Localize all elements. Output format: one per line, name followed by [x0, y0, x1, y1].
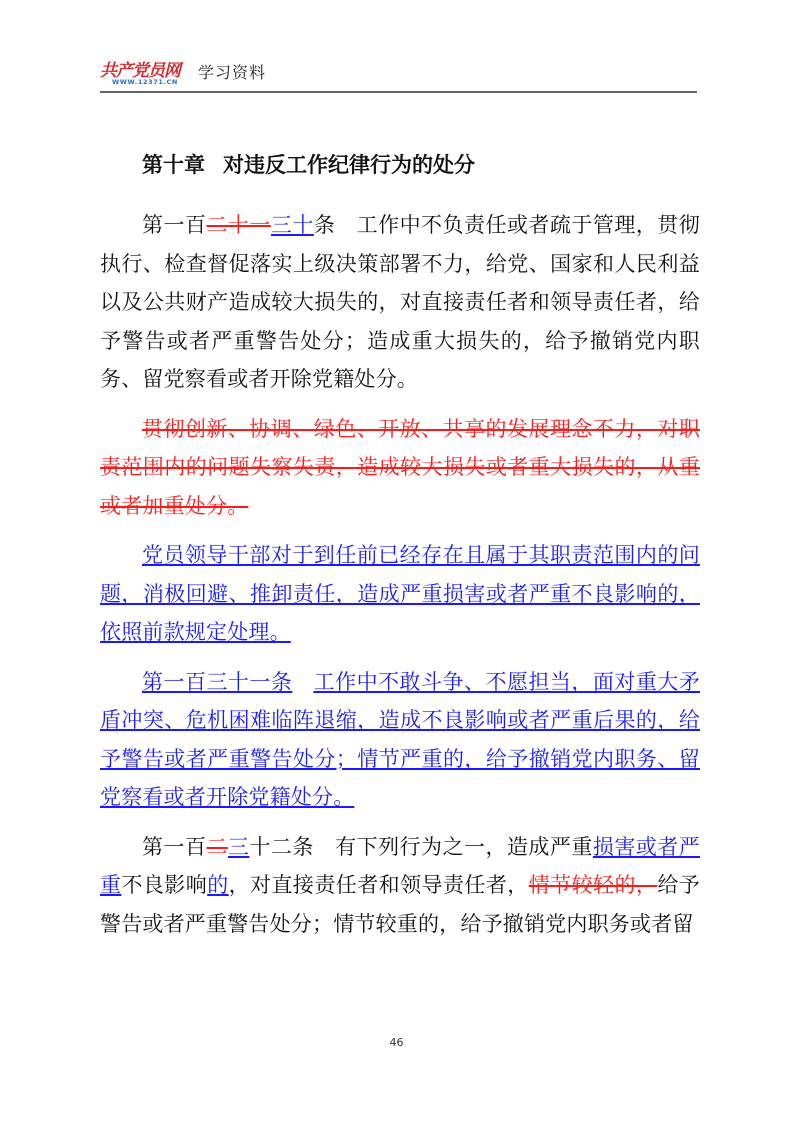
deleted-text: 二: [206, 835, 227, 859]
site-logo: 共产党员网 WWW.12371.CN: [100, 56, 194, 90]
chapter-heading: 第十章对违反工作纪律行为的处分: [100, 150, 700, 180]
inserted-article-label: 第一百三十一条: [142, 670, 292, 694]
body-text: 不良影响: [121, 873, 207, 897]
article-suffix: 十二条: [249, 835, 313, 859]
deleted-text: 二十一: [206, 213, 270, 237]
article-130-paragraph: 第一百二十一三十条工作中不负责任或者疏于管理，贯彻执行、检查督促落实上级决策部署…: [100, 206, 700, 399]
document-body: 第十章对违反工作纪律行为的处分 第一百二十一三十条工作中不负责任或者疏于管理，贯…: [100, 150, 700, 954]
article-prefix: 第一百: [142, 213, 206, 237]
chapter-title: 对违反工作纪律行为的处分: [223, 153, 475, 177]
article-prefix: 第一百: [142, 835, 206, 859]
page-number: 46: [0, 1036, 793, 1049]
deleted-paragraph: 贯彻创新、协调、绿色、开放、共享的发展理念不力，对职责范围内的问题失察失责，造成…: [100, 410, 700, 526]
header-divider: [100, 91, 697, 93]
article-131-paragraph: 第一百三十一条 工作中不敢斗争、不愿担当，面对重大矛盾冲突、危机困难临阵退缩，造…: [100, 663, 700, 817]
logo-url: WWW.12371.CN: [112, 78, 178, 86]
inserted-text: 三十: [271, 213, 314, 237]
article-132-paragraph: 第一百二三十二条有下列行为之一，造成严重损害或者严重不良影响的，对直接责任者和领…: [100, 828, 700, 944]
page-header: 共产党员网 WWW.12371.CN 学习资料: [100, 56, 697, 92]
article-body: 工作中不负责任或者疏于管理，贯彻执行、检查督促落实上级决策部署不力，给党、国家和…: [100, 213, 700, 391]
body-text: 有下列行为之一，造成严重: [335, 835, 593, 859]
chapter-number: 第十章: [142, 153, 205, 177]
deleted-text: 贯彻创新、协调、绿色、开放、共享的发展理念不力，对职责范围内的问题失察失责，造成…: [100, 417, 700, 518]
deleted-text: 情节较轻的，: [529, 873, 658, 897]
body-text: ，对直接责任者和领导责任者，: [229, 873, 529, 897]
header-title: 学习资料: [198, 60, 266, 83]
inserted-text: 的: [207, 873, 228, 897]
inserted-text: 党员领导干部对于到任前已经存在且属于其职责范围内的问题，消极回避、推卸责任，造成…: [100, 543, 700, 644]
inserted-text: 三: [228, 835, 249, 859]
article-suffix: 条: [314, 213, 335, 237]
inserted-paragraph: 党员领导干部对于到任前已经存在且属于其职责范围内的问题，消极回避、推卸责任，造成…: [100, 536, 700, 652]
